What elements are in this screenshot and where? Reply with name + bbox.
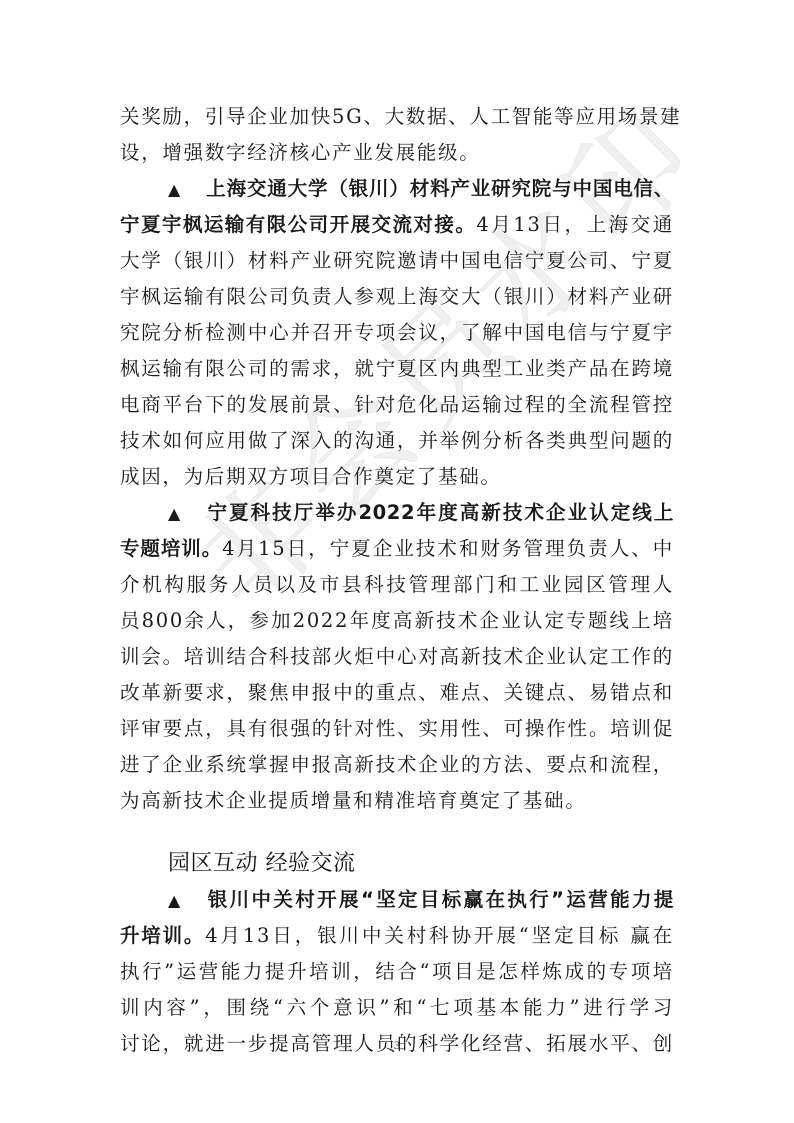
text-line: 训会。培训结合科技部火炬中心对高新技术企业认定工作的 [120, 639, 674, 675]
news-item-body-text: 4月15日，宁夏企业技术和财务管理负责人、中 [222, 537, 674, 560]
text-line: 枫运输有限公司的需求，就宁夏区内典型工业类产品在跨境 [120, 351, 674, 387]
news-item-zhongguancun-training: ▲银川中关村开展“坚定目标赢在执行”运营能力提 升培训。4月13日，银川中关村科… [120, 882, 674, 1062]
text-line: 训内容”，围绕“六个意识”和“七项基本能力”进行学习 [120, 990, 674, 1026]
news-item-title-text: 升培训。 [120, 924, 205, 947]
news-item-title-text: 银川中关村开展“坚定目标赢在执行”运营能力提 [206, 888, 674, 911]
page-content: 关奖励，引导企业加快5G、大数据、人工智能等应用场景建 设，增强数字经济核心产业… [120, 99, 674, 1062]
text-line: 升培训。4月13日，银川中关村科协开展“坚定目标 赢在 [120, 918, 674, 954]
text-line: 专题培训。4月15日，宁夏企业技术和财务管理负责人、中 [120, 531, 674, 567]
news-item-title-text: 专题培训。 [120, 537, 222, 560]
text-line: 员800余人，参加2022年度高新技术企业认定专题线上培 [120, 603, 674, 639]
news-item-ningxia-tech-training: ▲宁夏科技厅举办2022年度高新技术企业认定线上 专题培训。4月15日，宁夏企业… [120, 495, 674, 819]
section-heading: 园区互动 经验交流 [120, 846, 674, 882]
text-line: 为高新技术企业提质增量和精准培育奠定了基础。 [120, 783, 674, 819]
text-line: 关奖励，引导企业加快5G、大数据、人工智能等应用场景建 [120, 99, 674, 135]
text-line: 设，增强数字经济核心产业发展能级。 [120, 135, 674, 171]
news-item-title-text: 上海交通大学（银川）材料产业研究院与中国电信、 [206, 177, 674, 200]
news-item-body-text: 4月13日，上海交通 [476, 213, 674, 236]
document-page: 非会员水印 关奖励，引导企业加快5G、大数据、人工智能等应用场景建 设，增强数字… [0, 0, 794, 1123]
section-gap [120, 819, 674, 846]
text-line: 评审要点，具有很强的针对性、实用性、可操作性。培训促 [120, 711, 674, 747]
news-item-title: ▲上海交通大学（银川）材料产业研究院与中国电信、 [120, 171, 674, 207]
page-number: 3 [0, 1038, 794, 1053]
news-item-title: ▲宁夏科技厅举办2022年度高新技术企业认定线上 [120, 495, 674, 531]
news-item-sjtu-yinchuan: ▲上海交通大学（银川）材料产业研究院与中国电信、 宁夏宇枫运输有限公司开展交流对… [120, 171, 674, 495]
text-line: 究院分析检测中心并召开专项会议，了解中国电信与宁夏宇 [120, 315, 674, 351]
text-line: 成因，为后期双方项目合作奠定了基础。 [120, 459, 674, 495]
triangle-bullet-icon: ▲ [168, 883, 206, 919]
text-line: 进了企业系统掌握申报高新技术企业的方法、要点和流程， [120, 747, 674, 783]
text-line: 电商平台下的发展前景、针对危化品运输过程的全流程管控 [120, 387, 674, 423]
text-line: 介机构服务人员以及市县科技管理部门和工业园区管理人 [120, 567, 674, 603]
news-item-title-text: 宁夏科技厅举办2022年度高新技术企业认定线上 [206, 501, 674, 524]
text-line: 改革新要求，聚焦申报中的重点、难点、关键点、易错点和 [120, 675, 674, 711]
text-line: 宁夏宇枫运输有限公司开展交流对接。4月13日，上海交通 [120, 207, 674, 243]
text-line: 宇枫运输有限公司负责人参观上海交大（银川）材料产业研 [120, 279, 674, 315]
news-item-title: ▲银川中关村开展“坚定目标赢在执行”运营能力提 [120, 882, 674, 918]
text-line: 大学（银川）材料产业研究院邀请中国电信宁夏公司、宁夏 [120, 243, 674, 279]
news-item-title-text: 宁夏宇枫运输有限公司开展交流对接。 [120, 213, 476, 236]
text-line: 执行”运营能力提升培训，结合“项目是怎样炼成的专项培 [120, 954, 674, 990]
text-line: 技术如何应用做了深入的沟通，并举例分析各类典型问题的 [120, 423, 674, 459]
triangle-bullet-icon: ▲ [168, 496, 206, 532]
news-item-body-text: 4月13日，银川中关村科协开展“坚定目标 赢在 [205, 924, 674, 947]
triangle-bullet-icon: ▲ [168, 172, 206, 208]
paragraph-continuation: 关奖励，引导企业加快5G、大数据、人工智能等应用场景建 设，增强数字经济核心产业… [120, 99, 674, 171]
